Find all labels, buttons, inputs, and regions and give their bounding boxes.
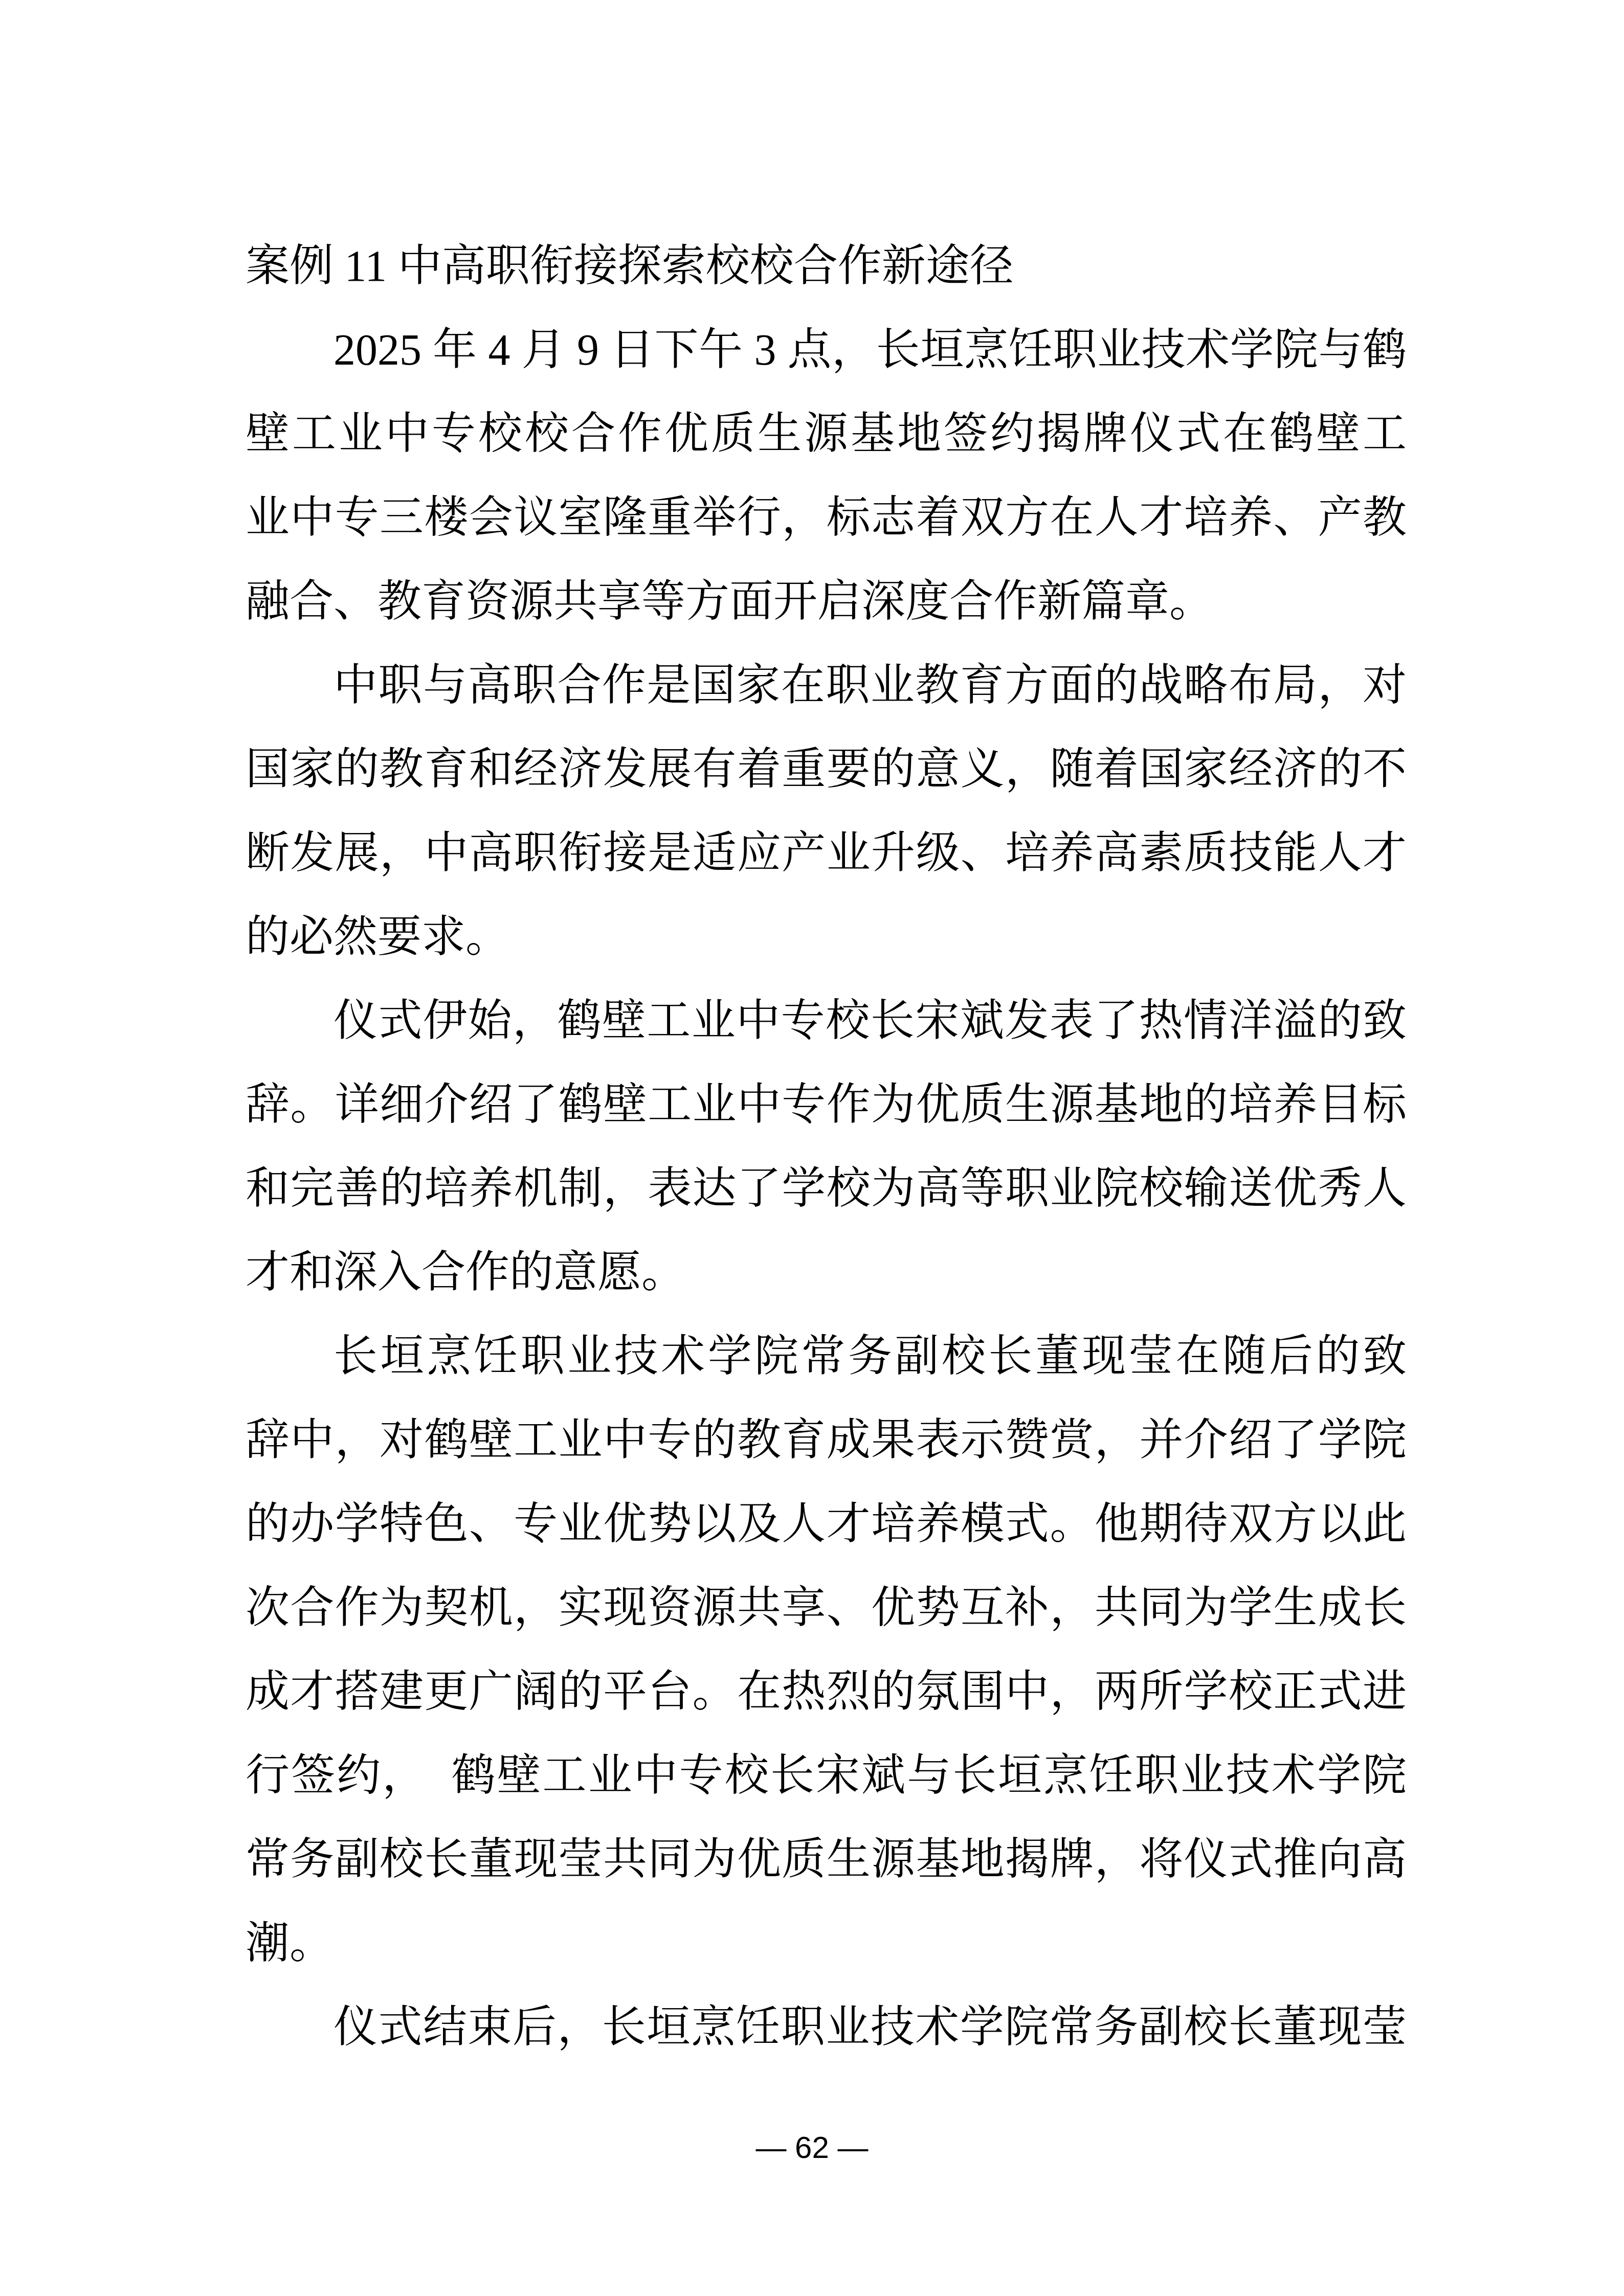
paragraph-line: 行签约， 鹤壁工业中专校长宋斌与长垣烹饪职业技术学院 <box>246 1734 1407 1817</box>
paragraph-line: 次合作为契机，实现资源共享、优势互补，共同为学生成长 <box>246 1566 1407 1650</box>
paragraph-line: 仪式结束后，长垣烹饪职业技术学院常务副校长董现莹 <box>246 1985 1407 2069</box>
paragraph-line: 辞中，对鹤壁工业中专的教育成果表示赞赏，并介绍了学院 <box>246 1398 1407 1482</box>
document-body: 案例 11 中高职衔接探索校校合作新途径 2025 年 4 月 9 日下午 3 … <box>246 224 1407 2069</box>
paragraph-line: 和完善的培养机制，表达了学校为高等职业院校输送优秀人 <box>246 1146 1407 1230</box>
paragraph-line: 的必然要求。 <box>246 895 1407 979</box>
paragraph-line: 成才搭建更广阔的平台。在热烈的氛围中，两所学校正式进 <box>246 1650 1407 1734</box>
paragraph-line: 业中专三楼会议室隆重举行，标志着双方在人才培养、产教 <box>246 476 1407 559</box>
paragraph-line: 长垣烹饪职业技术学院常务副校长董现莹在随后的致 <box>246 1314 1407 1398</box>
paragraph-line: 常务副校长董现莹共同为优质生源基地揭牌，将仪式推向高 <box>246 1817 1407 1901</box>
page-footer: — 62 — <box>0 2122 1624 2173</box>
paragraph-line: 壁工业中专校校合作优质生源基地签约揭牌仪式在鹤壁工 <box>246 392 1407 476</box>
paragraph-line: 的办学特色、专业优势以及人才培养模式。他期待双方以此 <box>246 1482 1407 1566</box>
paragraph-line: 仪式伊始，鹤壁工业中专校长宋斌发表了热情洋溢的致 <box>246 979 1407 1063</box>
paragraph-line: 潮。 <box>246 1901 1407 1985</box>
paragraph-line: 国家的教育和经济发展有着重要的意义，随着国家经济的不 <box>246 727 1407 811</box>
page-number: — 62 — <box>755 2130 868 2165</box>
paragraph-line: 中职与高职合作是国家在职业教育方面的战略布局，对 <box>246 643 1407 727</box>
paragraph-line: 辞。详细介绍了鹤壁工业中专作为优质生源基地的培养目标 <box>246 1063 1407 1146</box>
document-page: 案例 11 中高职衔接探索校校合作新途径 2025 年 4 月 9 日下午 3 … <box>0 0 1624 2296</box>
paragraph-line: 融合、教育资源共享等方面开启深度合作新篇章。 <box>246 559 1407 643</box>
paragraph-line: 断发展，中高职衔接是适应产业升级、培养高素质技能人才 <box>246 811 1407 895</box>
case-title: 案例 11 中高职衔接探索校校合作新途径 <box>246 224 1407 308</box>
paragraph-line: 2025 年 4 月 9 日下午 3 点，长垣烹饪职业技术学院与鹤 <box>246 308 1407 392</box>
paragraph-line: 才和深入合作的意愿。 <box>246 1230 1407 1314</box>
